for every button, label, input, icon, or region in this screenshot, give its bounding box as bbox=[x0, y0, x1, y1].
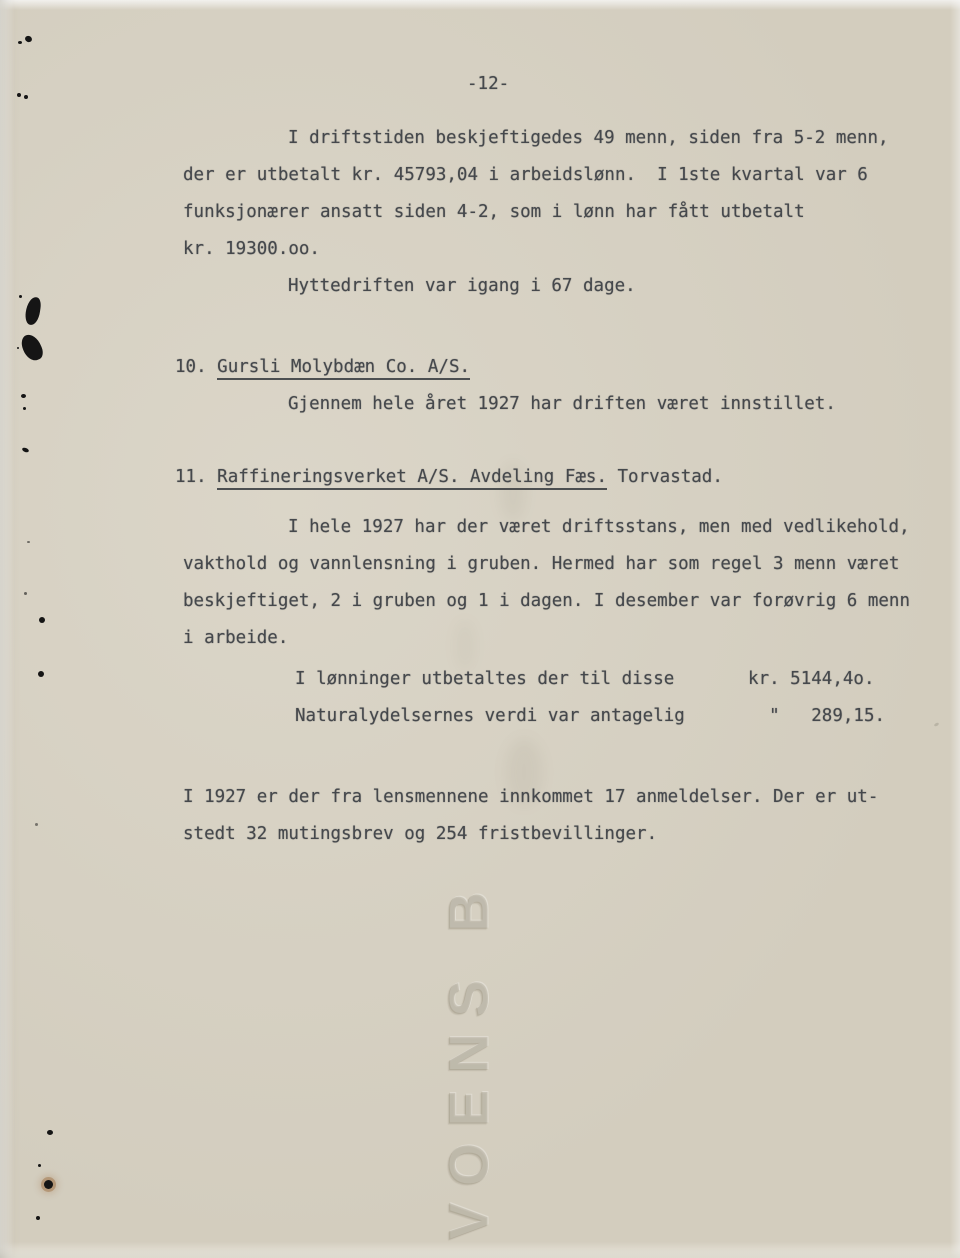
benefits-line: Naturalydelsernes verdi var antagelig " … bbox=[295, 706, 885, 727]
section11-heading: 11. Raffineringsverket A/S. Avdeling Fæs… bbox=[175, 467, 723, 488]
section11-line1: I hele 1927 har der været driftsstans, m… bbox=[288, 517, 910, 538]
section11-line3: beskjeftiget, 2 i gruben og 1 i dagen. I… bbox=[183, 591, 910, 612]
ink-blot bbox=[36, 1216, 40, 1220]
ink-blot bbox=[44, 1180, 53, 1189]
section11-line4: i arbeide. bbox=[183, 628, 288, 649]
ink-blot bbox=[22, 447, 30, 453]
ink-blot bbox=[19, 332, 46, 364]
ink-blot bbox=[21, 394, 26, 398]
ink-blot bbox=[18, 41, 22, 44]
ink-blot bbox=[17, 347, 19, 349]
para1-line2: der er utbetalt kr. 45793,04 i arbeidslø… bbox=[183, 165, 868, 186]
ink-blot bbox=[38, 671, 44, 677]
section10-heading: 10. Gursli Molybdæn Co. A/S. bbox=[175, 357, 470, 378]
ink-blot bbox=[24, 296, 42, 326]
para1-line5: Hyttedriften var igang i 67 dage. bbox=[288, 276, 636, 297]
ink-blot bbox=[23, 407, 26, 410]
para1-line3: funksjonærer ansatt siden 4-2, som i løn… bbox=[183, 202, 805, 223]
ink-blot bbox=[47, 1130, 53, 1135]
ink-blot bbox=[27, 541, 30, 543]
para1-line1: I driftstiden beskjeftigedes 49 menn, si… bbox=[288, 128, 889, 149]
ink-blot bbox=[24, 95, 28, 99]
ink-blot bbox=[35, 823, 38, 826]
ink-blot bbox=[24, 592, 27, 595]
ink-blot bbox=[38, 1164, 41, 1167]
paper-watermark: VOENS B bbox=[436, 876, 501, 1240]
para1-line4: kr. 19300.oo. bbox=[183, 239, 320, 260]
ink-blot bbox=[17, 93, 21, 97]
closing-line1: I 1927 er der fra lensmennene innkommet … bbox=[183, 787, 878, 808]
section10-body: Gjennem hele året 1927 har driften været… bbox=[288, 394, 836, 415]
wages-line: I lønninger utbetaltes der til disse kr.… bbox=[295, 669, 874, 690]
ink-blot bbox=[934, 722, 940, 727]
closing-line2: stedt 32 mutingsbrev og 254 fristbevilli… bbox=[183, 824, 657, 845]
ink-blot bbox=[39, 617, 45, 623]
ink-blot bbox=[24, 35, 33, 43]
scanned-page: VOENS B -12-I driftstiden beskjeftigedes… bbox=[0, 0, 960, 1258]
ink-blot bbox=[19, 295, 22, 298]
bleedthrough-smudge bbox=[455, 620, 475, 672]
page-number: -12- bbox=[467, 74, 509, 95]
section11-line2: vakthold og vannlensning i gruben. Herme… bbox=[183, 554, 899, 575]
